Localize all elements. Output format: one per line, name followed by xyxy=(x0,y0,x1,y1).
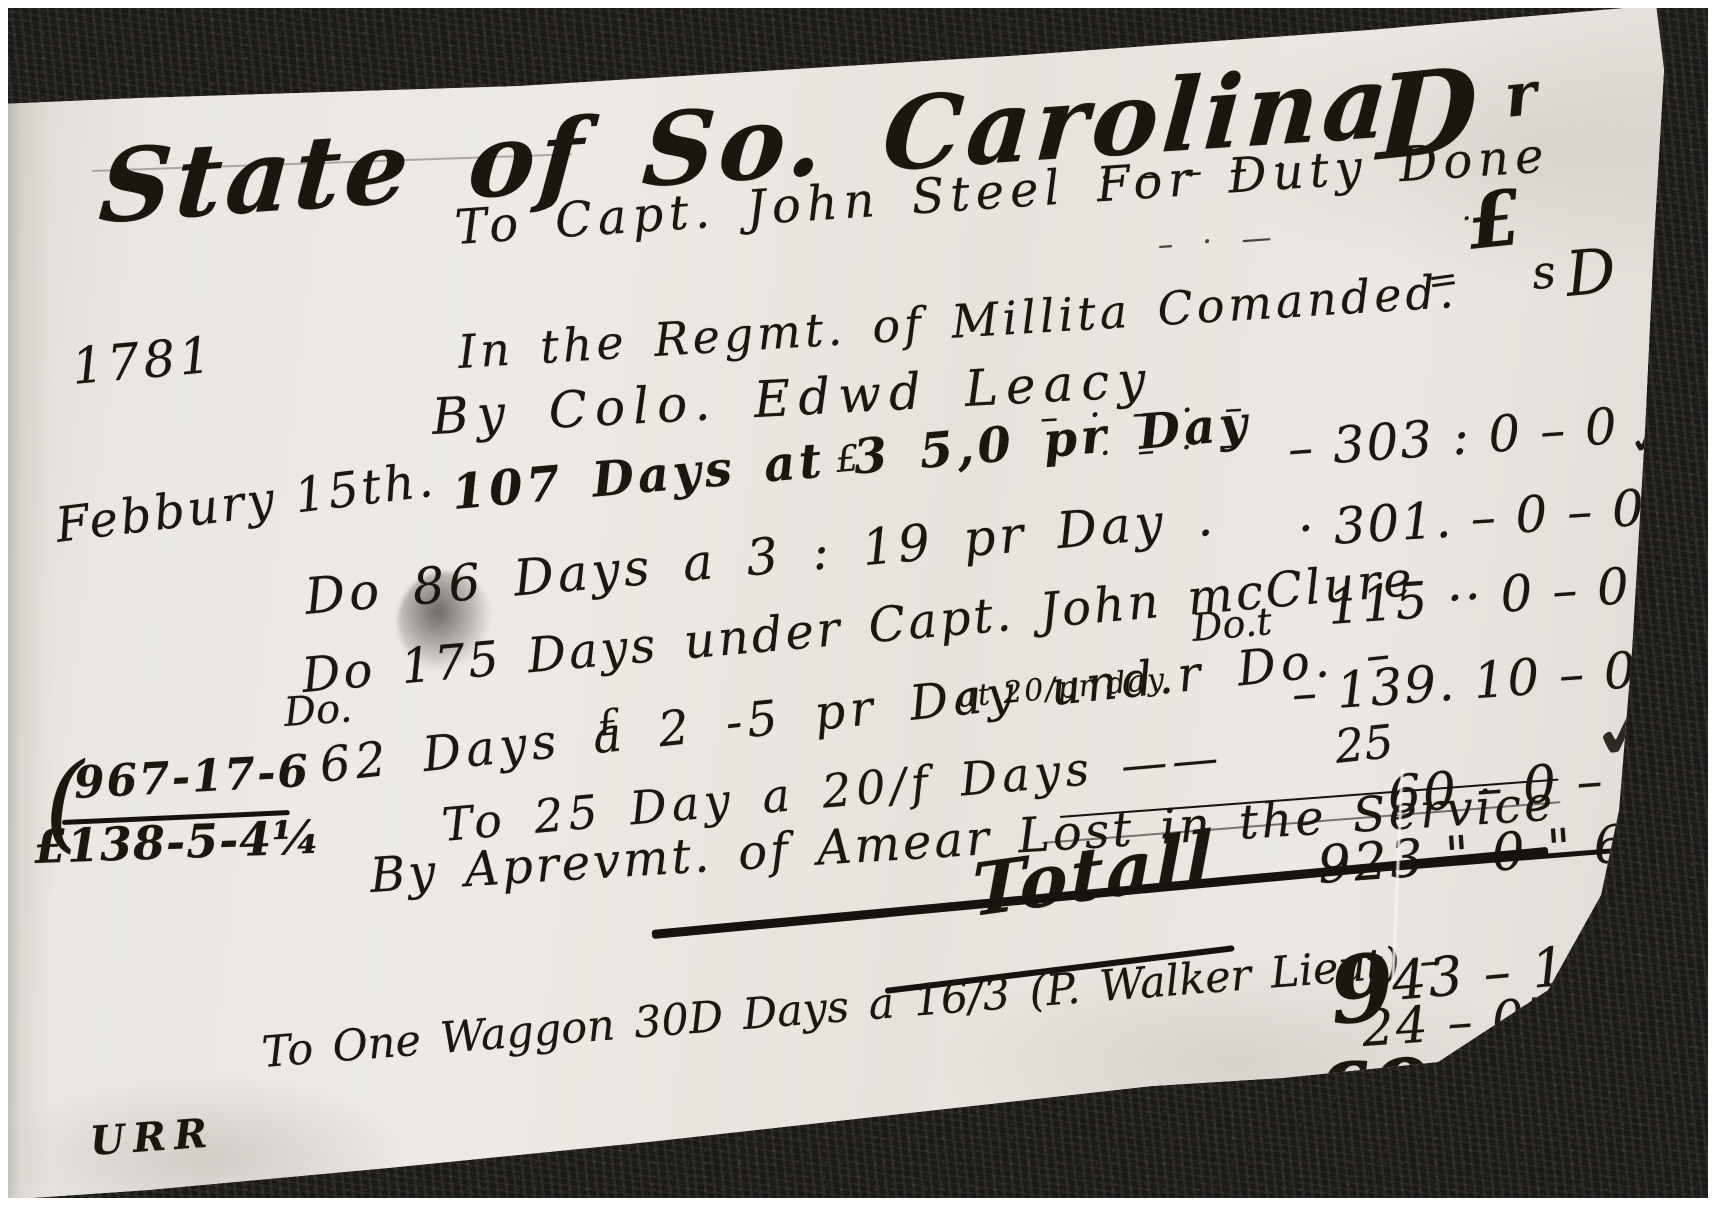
pence-column-label: D xyxy=(1563,234,1619,311)
margin-sum-bottom: £138-5-4¼ xyxy=(33,810,322,874)
pound-column-symbol: £ xyxy=(1463,173,1525,267)
shillings-column-label: s xyxy=(1530,244,1558,300)
margin-sum-top: 967-17-6 xyxy=(73,746,312,809)
underline-flourish: – · — xyxy=(1157,219,1283,263)
amount-row-4-correction: 25 xyxy=(1332,714,1396,774)
amount-row-2: · 301. – 0 – 0 xyxy=(1296,479,1647,558)
entry-row-1-pound-sup: £ xyxy=(834,438,860,481)
manuscript-paper: State of So. Carolina · – – – · D r · – … xyxy=(0,0,1718,1206)
entry-row-4-pound-sup: £ xyxy=(596,702,623,745)
entry-row-1-dashes: · – · – xyxy=(1099,424,1245,474)
wagon-entry-line: To One Waggon 30D Days a 16/3 (P. Walker… xyxy=(260,935,1443,1078)
year-label: 1781 xyxy=(69,326,217,396)
entry-date: Febbury 15th. xyxy=(53,452,439,554)
amount-row-1: – 303 : 0 – 0 xyxy=(1286,397,1621,478)
scanned-ledger-page: State of So. Carolina · – – – · D r · – … xyxy=(0,0,1718,1206)
archival-corner-mark: URR xyxy=(88,1109,216,1165)
debit-abbreviation-superscript: r xyxy=(1501,59,1540,132)
margin-ditto: Do. xyxy=(282,685,353,736)
ink-blot xyxy=(398,572,493,672)
